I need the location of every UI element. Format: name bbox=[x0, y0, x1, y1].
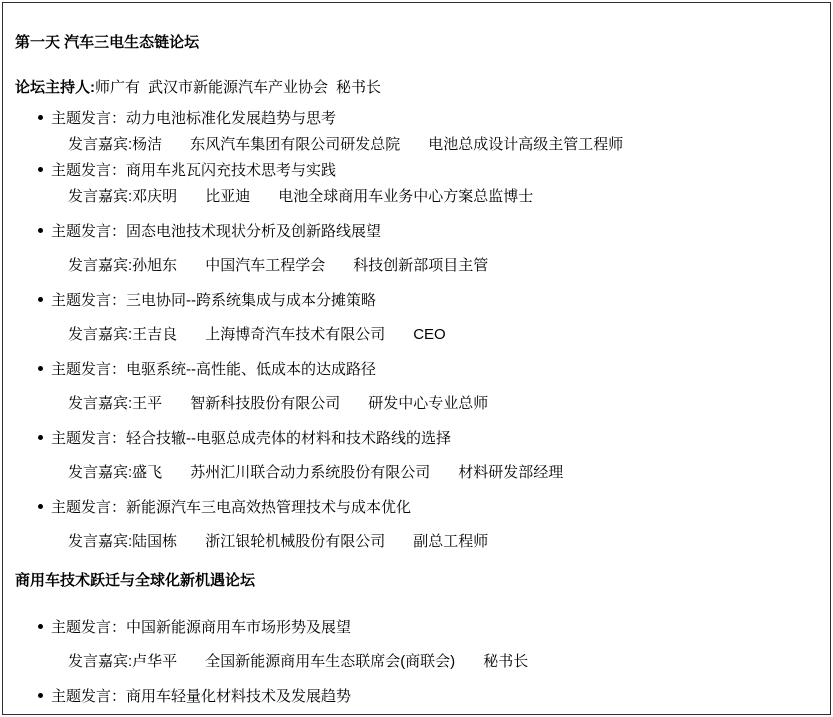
guest-line: 发言嘉宾:邓庆明比亚迪电池全球商用车业务中心方案总监博士 bbox=[15, 184, 818, 210]
bullet-icon bbox=[38, 366, 43, 371]
topic-label: 主题发言： bbox=[51, 110, 126, 127]
guest-name: 杨洁 bbox=[132, 136, 162, 153]
guest-company: 上海博奇汽车技术有限公司 bbox=[205, 326, 385, 343]
topic-line: 主题发言：中国新能源商用车市场形势及展望 bbox=[15, 615, 818, 641]
topic-label: 主题发言： bbox=[51, 162, 126, 179]
guest-line: 发言嘉宾:杨洁东风汽车集团有限公司研发总院电池总成设计高级主管工程师 bbox=[15, 132, 818, 158]
guest-label: 发言嘉宾: bbox=[68, 464, 132, 481]
topic-text: 商用车轻量化材料技术及发展趋势 bbox=[126, 688, 351, 705]
agenda-item: 主题发言：商用车兆瓦闪充技术思考与实践 发言嘉宾:邓庆明比亚迪电池全球商用车业务… bbox=[15, 158, 818, 210]
agenda-item: 主题发言：三电协同--跨系统集成与成本分摊策略 发言嘉宾:王吉良上海博奇汽车技术… bbox=[15, 288, 818, 348]
topic-line: 主题发言：电驱系统--高性能、低成本的达成路径 bbox=[15, 357, 818, 383]
guest-label: 发言嘉宾: bbox=[68, 533, 132, 550]
agenda-item: 主题发言：动力电池标准化发展趋势与思考 发言嘉宾:杨洁东风汽车集团有限公司研发总… bbox=[15, 106, 818, 158]
agenda-page: 第一天 汽车三电生态链论坛 论坛主持人:师广有武汉市新能源汽车产业协会秘书长 主… bbox=[2, 2, 831, 715]
agenda-item: 主题发言：电驱系统--高性能、低成本的达成路径 发言嘉宾:王平智新科技股份有限公… bbox=[15, 357, 818, 417]
guest-name: 邓庆明 bbox=[132, 188, 177, 205]
moderator-name: 师广有 bbox=[95, 79, 140, 96]
topic-text: 轻合技辙--电驱总成壳体的材料和技术路线的选择 bbox=[126, 430, 451, 447]
topic-line: 主题发言：商用车兆瓦闪充技术思考与实践 bbox=[15, 158, 818, 184]
guest-company: 比亚迪 bbox=[205, 188, 250, 205]
guest-company: 智新科技股份有限公司 bbox=[190, 395, 340, 412]
guest-line: 发言嘉宾:陆国栋浙江银轮机械股份有限公司副总工程师 bbox=[15, 529, 818, 555]
guest-label: 发言嘉宾: bbox=[68, 326, 132, 343]
bullet-icon bbox=[38, 228, 43, 233]
guest-label: 发言嘉宾: bbox=[68, 188, 132, 205]
topic-text: 电驱系统--高性能、低成本的达成路径 bbox=[126, 361, 376, 378]
guest-line: 发言嘉宾:王平智新科技股份有限公司研发中心专业总师 bbox=[15, 391, 818, 417]
guest-label: 发言嘉宾: bbox=[68, 136, 132, 153]
agenda-item: 主题发言：商用车轻量化材料技术及发展趋势 bbox=[15, 684, 818, 710]
guest-name: 孙旭东 bbox=[132, 257, 177, 274]
bullet-icon bbox=[38, 435, 43, 440]
guest-company: 苏州汇川联合动力系统股份有限公司 bbox=[190, 464, 430, 481]
bullet-icon bbox=[38, 167, 43, 172]
moderator-role: 秘书长 bbox=[336, 79, 381, 96]
guest-name: 王吉良 bbox=[132, 326, 177, 343]
topic-line: 主题发言：轻合技辙--电驱总成壳体的材料和技术路线的选择 bbox=[15, 426, 818, 452]
agenda-item: 主题发言：新能源汽车三电高效热管理技术与成本优化 发言嘉宾:陆国栋浙江银轮机械股… bbox=[15, 495, 818, 555]
topic-label: 主题发言： bbox=[51, 430, 126, 447]
bullet-icon bbox=[38, 297, 43, 302]
topic-line: 主题发言：三电协同--跨系统集成与成本分摊策略 bbox=[15, 288, 818, 314]
guest-role: 材料研发部经理 bbox=[458, 464, 563, 481]
guest-name: 盛飞 bbox=[132, 464, 162, 481]
bullet-icon bbox=[38, 624, 43, 629]
guest-role: 科技创新部项目主管 bbox=[353, 257, 488, 274]
guest-line: 发言嘉宾:盛飞苏州汇川联合动力系统股份有限公司材料研发部经理 bbox=[15, 460, 818, 486]
topic-label: 主题发言： bbox=[51, 688, 126, 705]
topic-line: 主题发言：新能源汽车三电高效热管理技术与成本优化 bbox=[15, 495, 818, 521]
moderator-label: 论坛主持人: bbox=[15, 79, 95, 96]
moderator-org: 武汉市新能源汽车产业协会 bbox=[148, 79, 328, 96]
topic-line: 主题发言：商用车轻量化材料技术及发展趋势 bbox=[15, 684, 818, 710]
guest-role: CEO bbox=[413, 326, 446, 343]
guest-company: 全国新能源商用车生态联席会(商联会) bbox=[205, 653, 455, 670]
topic-label: 主题发言： bbox=[51, 361, 126, 378]
topic-text: 新能源汽车三电高效热管理技术与成本优化 bbox=[126, 499, 411, 516]
guest-role: 副总工程师 bbox=[413, 533, 488, 550]
agenda-item: 主题发言：中国新能源商用车市场形势及展望 发言嘉宾:卢华平全国新能源商用车生态联… bbox=[15, 615, 818, 675]
moderator-line: 论坛主持人:师广有武汉市新能源汽车产业协会秘书长 bbox=[15, 78, 818, 98]
guest-company: 中国汽车工程学会 bbox=[205, 257, 325, 274]
topic-line: 主题发言：动力电池标准化发展趋势与思考 bbox=[15, 106, 818, 132]
guest-role: 电池全球商用车业务中心方案总监博士 bbox=[278, 188, 533, 205]
forum-day-title: 第一天 汽车三电生态链论坛 bbox=[15, 33, 818, 53]
bullet-icon bbox=[38, 693, 43, 698]
topic-text: 中国新能源商用车市场形势及展望 bbox=[126, 619, 351, 636]
topic-line: 主题发言：固态电池技术现状分析及创新路线展望 bbox=[15, 219, 818, 245]
guest-name: 陆国栋 bbox=[132, 533, 177, 550]
guest-label: 发言嘉宾: bbox=[68, 395, 132, 412]
topic-text: 商用车兆瓦闪充技术思考与实践 bbox=[126, 162, 336, 179]
guest-company: 东风汽车集团有限公司研发总院 bbox=[190, 136, 400, 153]
guest-role: 电池总成设计高级主管工程师 bbox=[428, 136, 623, 153]
guest-name: 王平 bbox=[132, 395, 162, 412]
bullet-icon bbox=[38, 115, 43, 120]
guest-line: 发言嘉宾:卢华平全国新能源商用车生态联席会(商联会)秘书长 bbox=[15, 649, 818, 675]
topic-text: 三电协同--跨系统集成与成本分摊策略 bbox=[126, 292, 376, 309]
topic-text: 固态电池技术现状分析及创新路线展望 bbox=[126, 223, 381, 240]
topic-label: 主题发言： bbox=[51, 499, 126, 516]
guest-line: 发言嘉宾:王吉良上海博奇汽车技术有限公司CEO bbox=[15, 322, 818, 348]
forum2-heading: 商用车技术跃迁与全球化新机遇论坛 bbox=[15, 568, 818, 594]
topic-text: 动力电池标准化发展趋势与思考 bbox=[126, 110, 336, 127]
guest-role: 秘书长 bbox=[483, 653, 528, 670]
bullet-icon bbox=[38, 504, 43, 509]
guest-role: 研发中心专业总师 bbox=[368, 395, 488, 412]
guest-company: 浙江银轮机械股份有限公司 bbox=[205, 533, 385, 550]
topic-label: 主题发言： bbox=[51, 292, 126, 309]
guest-label: 发言嘉宾: bbox=[68, 653, 132, 670]
topic-label: 主题发言： bbox=[51, 223, 126, 240]
guest-line: 发言嘉宾:孙旭东中国汽车工程学会科技创新部项目主管 bbox=[15, 253, 818, 279]
agenda-item: 主题发言：固态电池技术现状分析及创新路线展望 发言嘉宾:孙旭东中国汽车工程学会科… bbox=[15, 219, 818, 279]
guest-name: 卢华平 bbox=[132, 653, 177, 670]
agenda-item: 主题发言：轻合技辙--电驱总成壳体的材料和技术路线的选择 发言嘉宾:盛飞苏州汇川… bbox=[15, 426, 818, 486]
guest-label: 发言嘉宾: bbox=[68, 257, 132, 274]
topic-label: 主题发言： bbox=[51, 619, 126, 636]
